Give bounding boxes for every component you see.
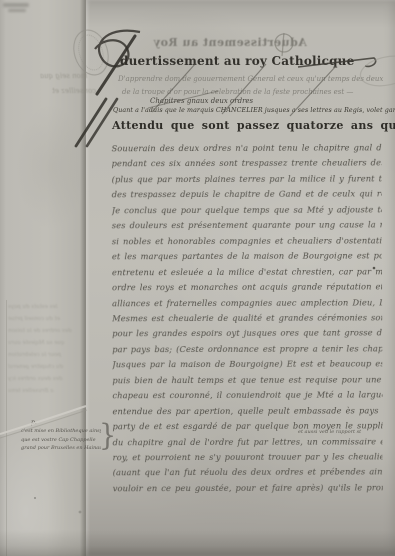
calligraphic-flourish-stroke bbox=[97, 36, 135, 94]
bottom-scan-shadow bbox=[0, 530, 395, 556]
strike-slash bbox=[290, 66, 336, 116]
fold-corner-highlight bbox=[0, 406, 86, 434]
strike-slash bbox=[152, 63, 196, 112]
strike-line bbox=[148, 91, 218, 108]
title-underline-flourish bbox=[298, 58, 376, 67]
ink-speck bbox=[79, 511, 82, 514]
strike-slash bbox=[222, 64, 266, 114]
ink-speck bbox=[34, 497, 36, 499]
manuscript-scan: les estats du payset du conseil priuédes… bbox=[0, 0, 395, 556]
ink-speck bbox=[373, 267, 376, 270]
fold-corner-shadow bbox=[0, 410, 87, 438]
ink-strokes-overlay bbox=[0, 0, 395, 556]
faint-oval-flourish bbox=[358, 52, 395, 91]
